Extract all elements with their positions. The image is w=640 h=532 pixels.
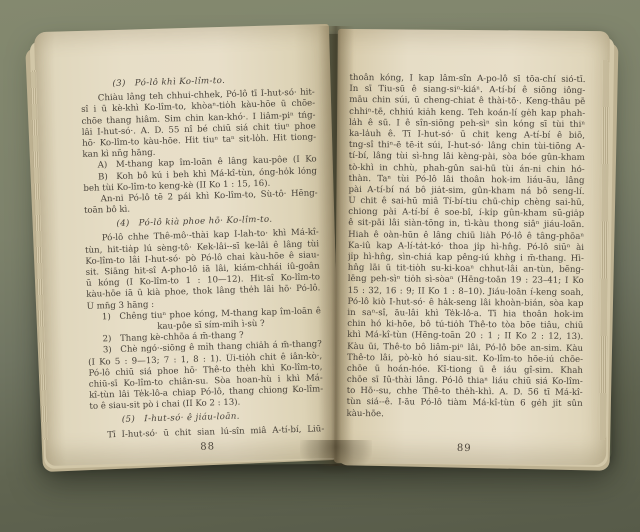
open-book: (3) Pó-lô khì Ko-lîm-to.Chiàu lâng teh c… <box>0 0 640 532</box>
page-number-left: 88 <box>91 438 325 456</box>
page-number-right: 89 <box>346 442 582 455</box>
spine-bottom-shadow <box>300 440 372 474</box>
photo-background: (3) Pó-lô khì Ko-lîm-to.Chiàu lâng teh c… <box>0 0 640 532</box>
spine-gutter-shadow <box>318 26 354 466</box>
page-right: thoân kóng, I kap lâm-sîn A-po-lô sī tōa… <box>334 29 610 465</box>
page-left-text-column: (3) Pó-lô khì Ko-lîm-to.Chiàu lâng teh c… <box>80 70 324 441</box>
page-right-text-column: thoân kóng, I kap lâm-sîn A-po-lô sī tōa… <box>346 73 585 422</box>
text-line: kàu-hōe. <box>346 409 582 422</box>
page-left: (3) Pó-lô khì Ko-lîm-to.Chiàu lâng teh c… <box>34 24 341 466</box>
